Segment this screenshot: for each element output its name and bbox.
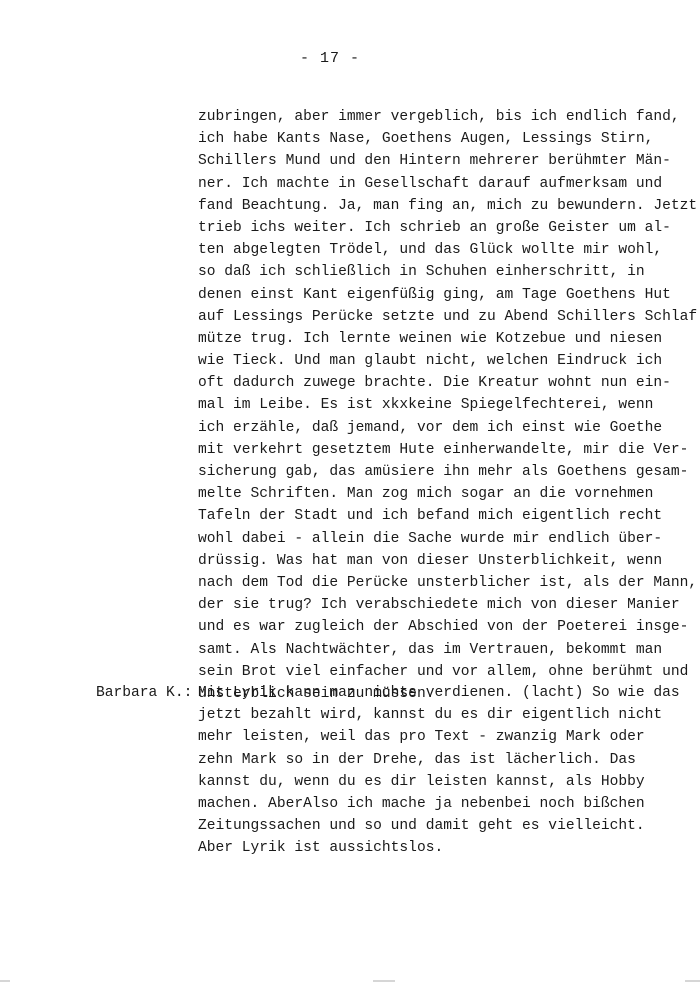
text-line: zubringen, aber immer vergeblich, bis ic… <box>198 106 698 128</box>
text-line: und es war zugleich der Abschied von der… <box>198 616 698 638</box>
text-line: auf Lessings Perücke setzte und zu Abend… <box>198 306 698 328</box>
text-line: der sie trug? Ich verabschiedete mich vo… <box>198 594 698 616</box>
text-line: denen einst Kant eigenfüßig ging, am Tag… <box>198 284 698 306</box>
text-line: wie Tieck. Und man glaubt nicht, welchen… <box>198 350 698 372</box>
text-line: Aber Lyrik ist aussichtslos. <box>198 837 698 859</box>
text-line: mal im Leibe. Es ist xkxkeine Spiegelfec… <box>198 394 698 416</box>
text-line: trieb ichs weiter. Ich schrieb an große … <box>198 217 698 239</box>
text-line: Schillers Mund und den Hintern mehrerer … <box>198 150 698 172</box>
text-line: mit verkehrt gesetztem Hute einherwandel… <box>198 439 698 461</box>
text-line: drüssig. Was hat man von dieser Unsterbl… <box>198 550 698 572</box>
text-line: samt. Als Nachtwächter, das im Vertrauen… <box>198 639 698 661</box>
text-line: kannst du, wenn du es dir leisten kannst… <box>198 771 698 793</box>
speaker-label: Barbara K.: <box>96 682 192 704</box>
page-number: - 17 - <box>300 50 360 67</box>
text-line: ten abgelegten Trödel, und das Glück wol… <box>198 239 698 261</box>
text-line: fand Beachtung. Ja, man fing an, mich zu… <box>198 195 698 217</box>
text-line: machen. AberAlso ich mache ja nebenbei n… <box>198 793 698 815</box>
text-line: zehn Mark so in der Drehe, das ist läche… <box>198 749 698 771</box>
text-line: Tafeln der Stadt und ich befand mich eig… <box>198 505 698 527</box>
narrative-block: zubringen, aber immer vergeblich, bis ic… <box>198 106 698 705</box>
text-line: jetzt bezahlt wird, kannst du es dir eig… <box>198 704 698 726</box>
text-line: melte Schriften. Man zog mich sogar an d… <box>198 483 698 505</box>
text-line: ner. Ich machte in Gesellschaft darauf a… <box>198 173 698 195</box>
scan-mark-center <box>373 980 395 982</box>
text-line: sicherung gab, das amüsiere ihn mehr als… <box>198 461 698 483</box>
text-line: ich erzähle, daß jemand, vor dem ich ein… <box>198 417 698 439</box>
text-line: nach dem Tod die Perücke unsterblicher i… <box>198 572 698 594</box>
scan-mark-right <box>685 980 700 982</box>
text-line: so daß ich schließlich in Schuhen einher… <box>198 261 698 283</box>
scan-mark-left <box>0 980 10 982</box>
text-line: Zeitungssachen und so und damit geht es … <box>198 815 698 837</box>
text-line: sein Brot viel einfacher und vor allem, … <box>198 661 698 683</box>
text-line: mehr leisten, weil das pro Text - zwanzi… <box>198 726 698 748</box>
text-line: wohl dabei - allein die Sache wurde mir … <box>198 528 698 550</box>
text-line: oft dadurch zuwege brachte. Die Kreatur … <box>198 372 698 394</box>
text-line: Mit Lyrik kann man nichts verdienen. (la… <box>198 682 698 704</box>
text-line: ich habe Kants Nase, Goethens Augen, Les… <box>198 128 698 150</box>
speech-lines: Mit Lyrik kann man nichts verdienen. (la… <box>198 682 698 860</box>
text-line: mütze trug. Ich lernte weinen wie Kotzeb… <box>198 328 698 350</box>
